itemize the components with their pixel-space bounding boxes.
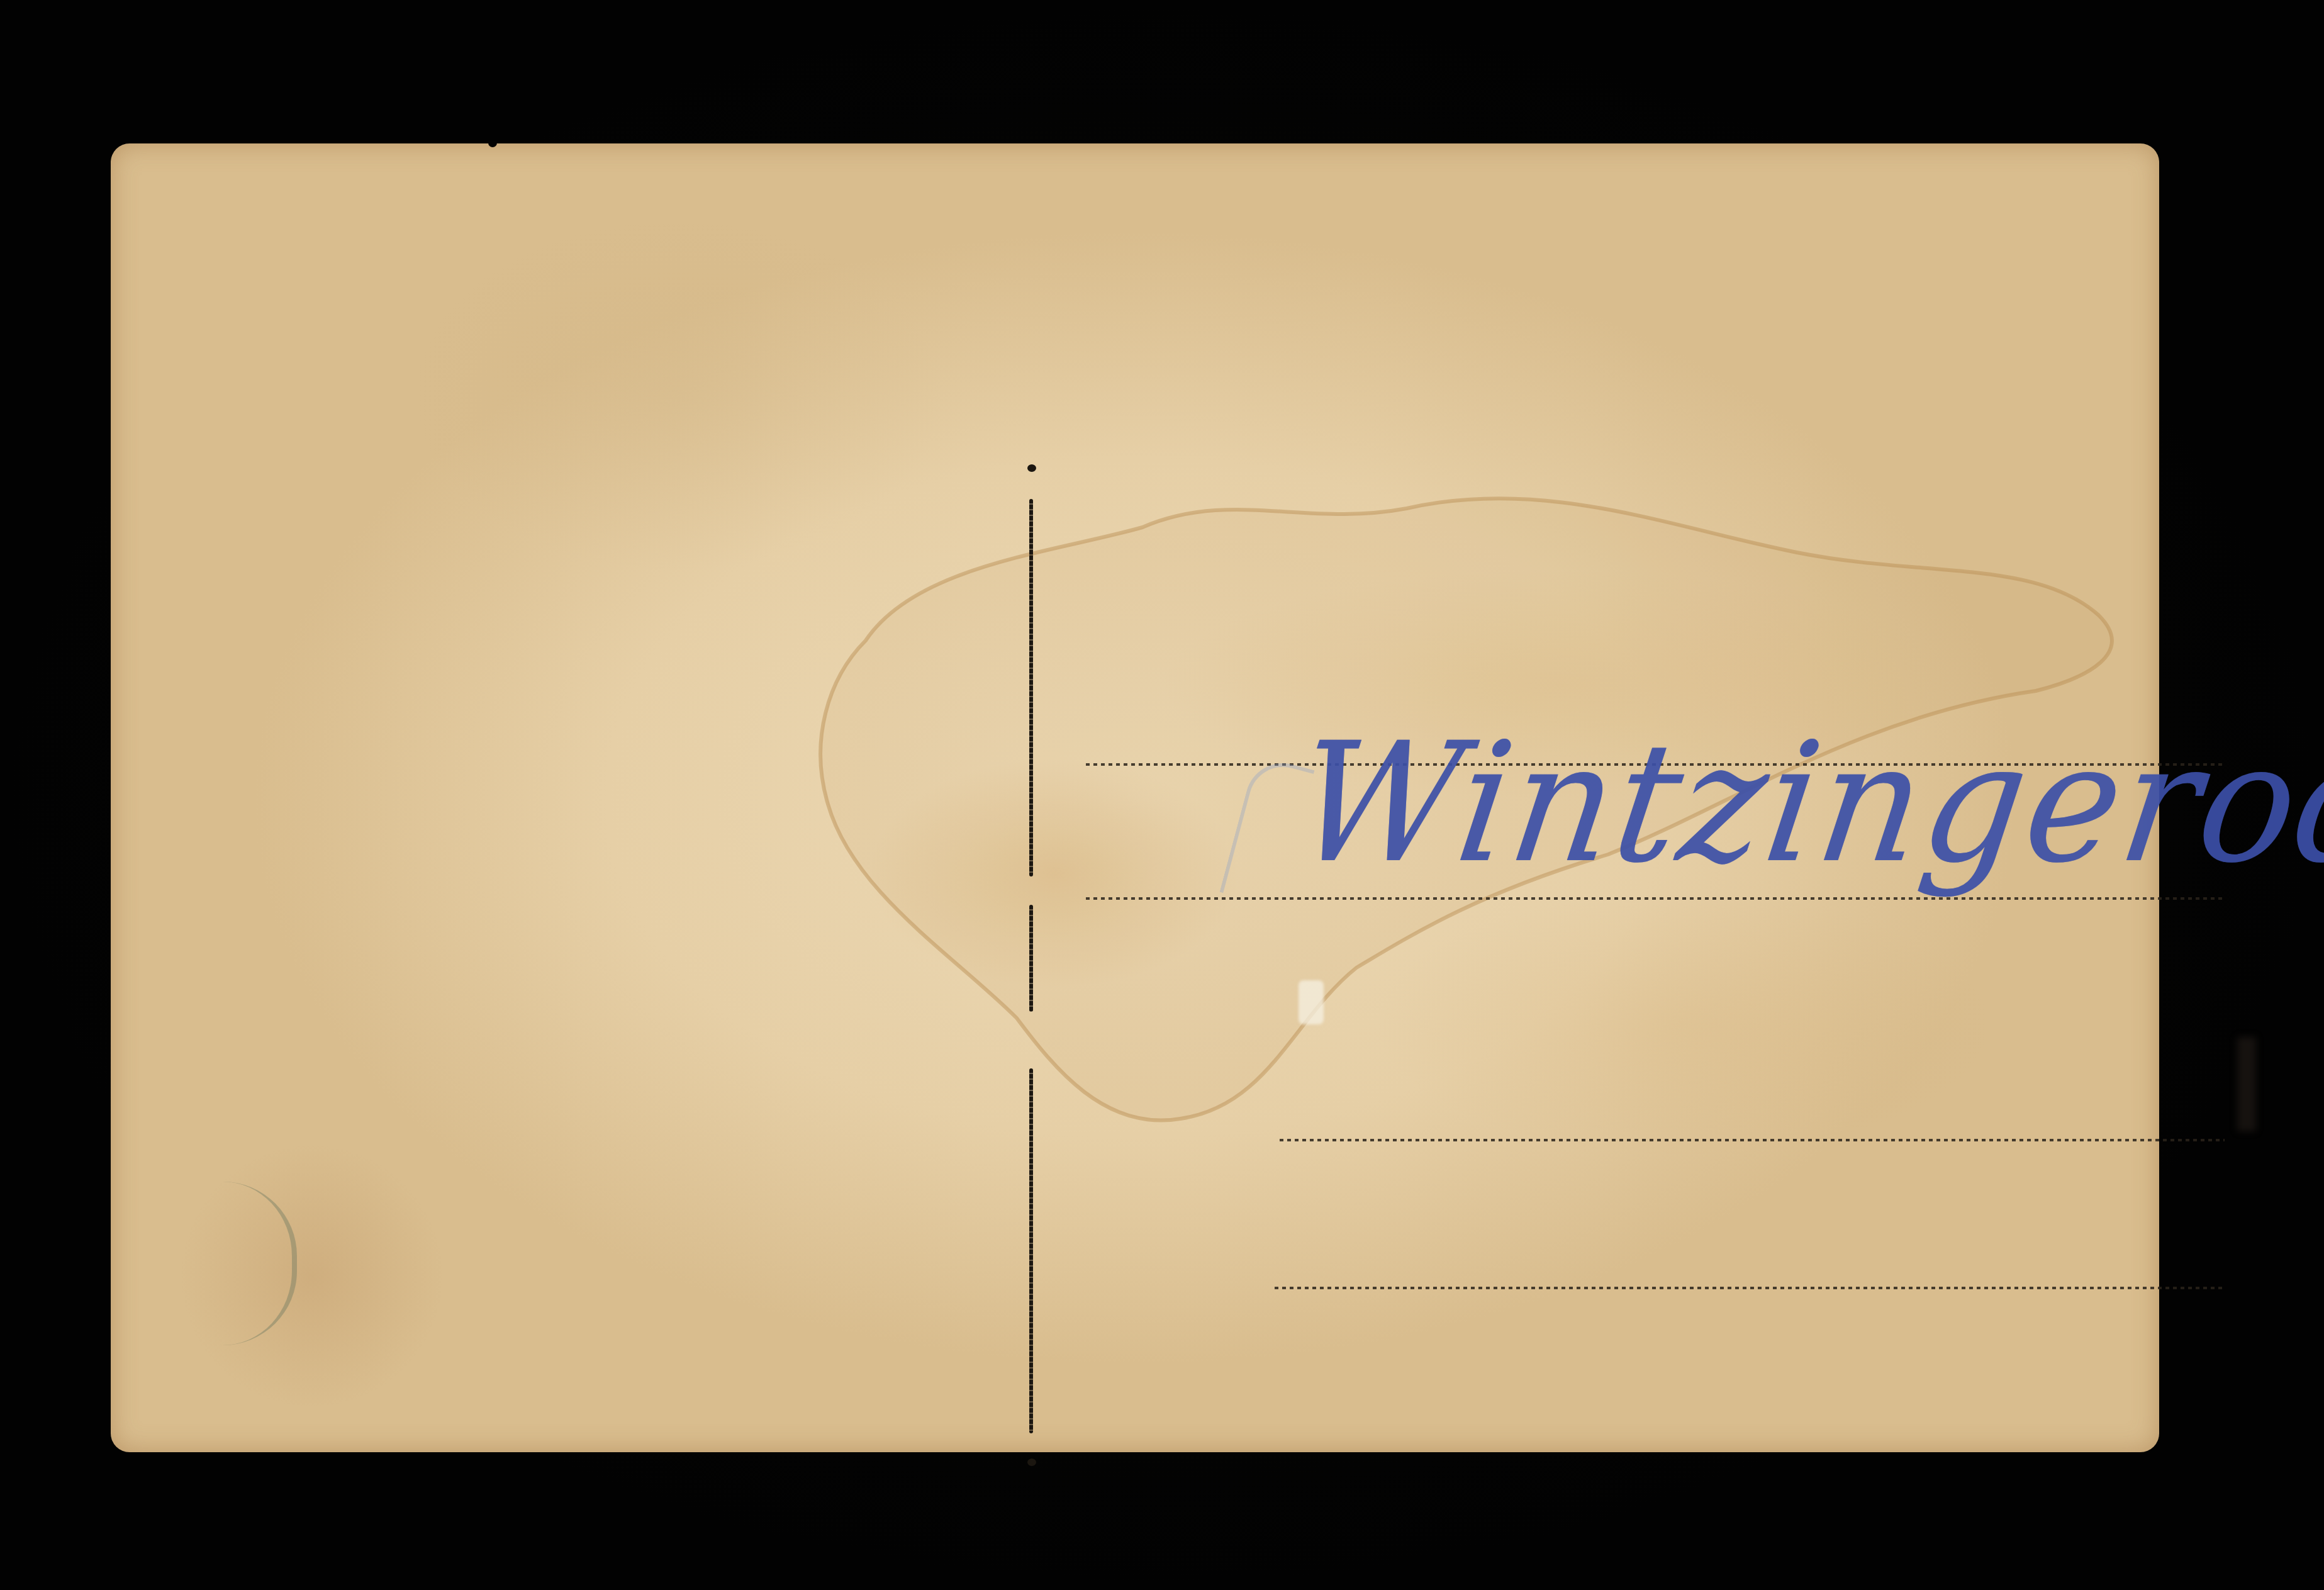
address-line-3: [1280, 1139, 2225, 1141]
handwritten-name: Wintzingerode: [1287, 721, 2324, 887]
faint-postmark: [223, 1182, 297, 1345]
postcard-back: Wintzingerode: [111, 143, 2159, 1452]
address-line-4: [1275, 1287, 2225, 1289]
vertical-divider: [1027, 464, 1036, 1477]
edge-notch: [488, 141, 497, 147]
edge-smudge: [2237, 1037, 2256, 1131]
paper-scuff: [1299, 980, 1324, 1024]
